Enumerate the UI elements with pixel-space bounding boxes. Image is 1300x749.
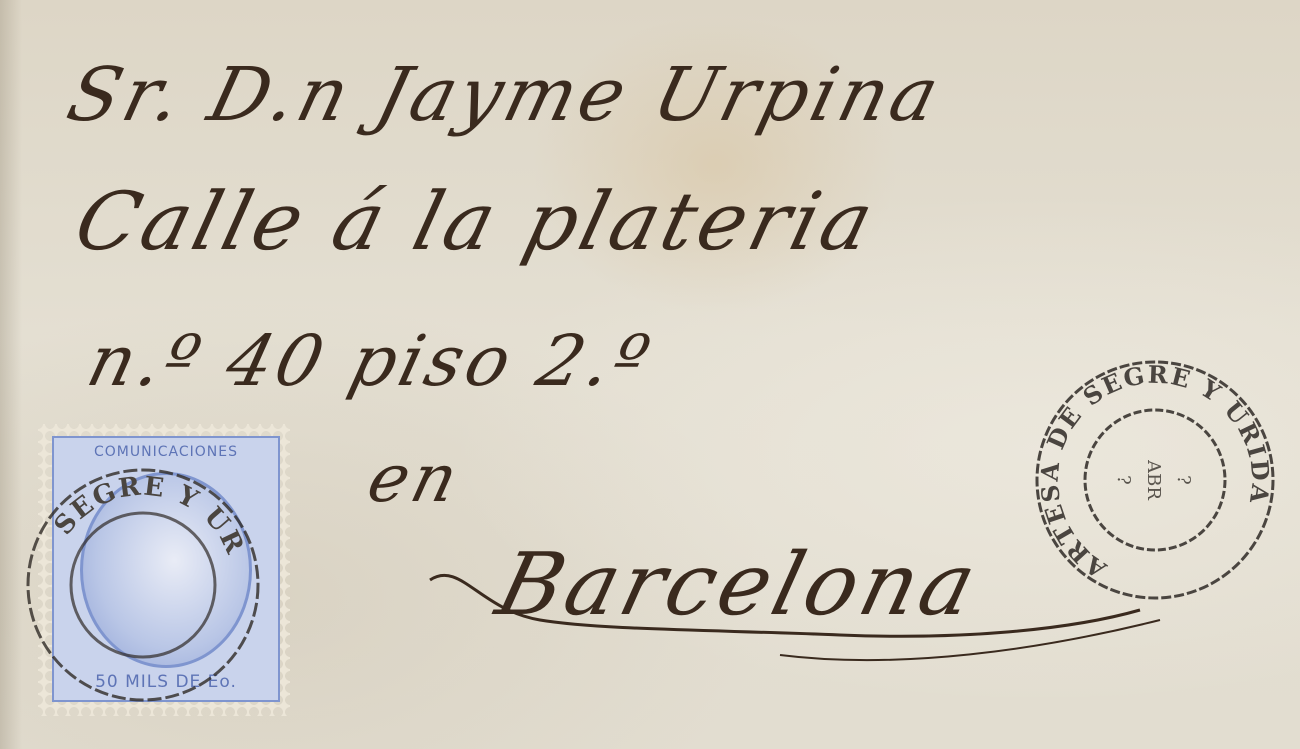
address-line-en: en <box>360 440 469 517</box>
postmark-day: ? <box>1173 475 1194 485</box>
stamp-cancellation-mark-icon: SEGRE Y UR <box>18 460 268 710</box>
svg-text:SEGRE Y UR: SEGRE Y UR <box>49 471 250 560</box>
postmark: ARTESA DE SEGRE Y URIDA ? ABR ? <box>1030 355 1280 605</box>
address-line-street: Calle á la plateria <box>66 175 885 268</box>
envelope: Sr. D.n Jayme Urpina Calle á la plateria… <box>0 0 1300 749</box>
postmark-month: ABR <box>1143 459 1164 500</box>
postmark-year: ? <box>1113 475 1134 485</box>
stamp-cancel-text: SEGRE Y UR <box>49 471 250 560</box>
stamp-top-text: COMUNICACIONES <box>54 444 278 460</box>
address-line-number: n.º 40 piso 2.º <box>80 320 661 402</box>
address-line-recipient: Sr. D.n Jayme Urpina <box>59 52 950 138</box>
